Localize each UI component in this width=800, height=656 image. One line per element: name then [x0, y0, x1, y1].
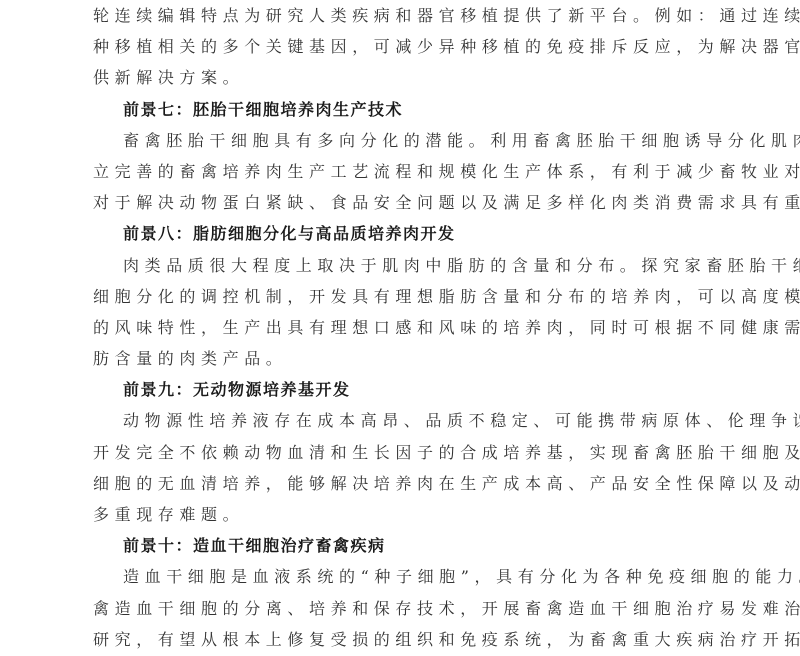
paragraph-line: 多重现存难题。 [93, 499, 705, 530]
paragraph-line: 禽造血干细胞的分离、培养和保存技术，开展畜禽造血干细胞治疗易发难治疾病的治疗 [93, 593, 705, 624]
paragraph-line: 研究，有望从根本上修复受损的组织和免疫系统，为畜禽重大疾病治疗开拓新途径。 [93, 624, 705, 655]
section-heading-8: 前景八：脂肪细胞分化与高品质培养肉开发 [93, 218, 705, 249]
paragraph-line: 种移植相关的多个关键基因，可减少异种移植的免疫排斥反应，为解决器官短缺问题提 [93, 31, 705, 62]
paragraph-line: 肪含量的肉类产品。 [93, 343, 705, 374]
section-heading-7: 前景七：胚胎干细胞培养肉生产技术 [93, 94, 705, 125]
paragraph-line: 畜禽胚胎干细胞具有多向分化的潜能。利用畜禽胚胎干细胞诱导分化肌肉组织，建 [93, 125, 705, 156]
paragraph-line: 肉类品质很大程度上取决于肌肉中脂肪的含量和分布。探究家畜胚胎干细胞向脂肪 [93, 250, 705, 281]
paragraph-line: 的风味特性，生产出具有理想口感和风味的培养肉，同时可根据不同健康需求定制低脂 [93, 312, 705, 343]
paragraph-line: 造血干细胞是血液系统的“种子细胞”，具有分化为各种免疫细胞的能力。优化畜 [93, 561, 705, 592]
paragraph-line: 供新解决方案。 [93, 62, 705, 93]
paragraph-line: 细胞分化的调控机制，开发具有理想脂肪含量和分布的培养肉，可以高度模拟高品质肉 [93, 281, 705, 312]
section-heading-10: 前景十：造血干细胞治疗畜禽疾病 [93, 530, 705, 561]
paragraph-line: 开发完全不依赖动物血清和生长因子的合成培养基，实现畜禽胚胎干细胞及其诱导分化 [93, 437, 705, 468]
paragraph-line: 对于解决动物蛋白紧缺、食品安全问题以及满足多样化肉类消费需求具有重大的意义。 [93, 187, 705, 218]
document-page: 轮连续编辑特点为研究人类疾病和器官移植提供了新平台。例如：通过连续精准编辑异 种… [93, 0, 705, 655]
paragraph-line: 立完善的畜禽培养肉生产工艺流程和规模化生产体系，有利于减少畜牧业对环境的影响， [93, 156, 705, 187]
paragraph-line: 细胞的无血清培养，能够解决培养肉在生产成本高、产品安全性保障以及动物依赖性等 [93, 468, 705, 499]
section-heading-9: 前景九：无动物源培养基开发 [93, 374, 705, 405]
paragraph-line: 轮连续编辑特点为研究人类疾病和器官移植提供了新平台。例如：通过连续精准编辑异 [93, 0, 705, 31]
paragraph-line: 动物源性培养液存在成本高昂、品质不稳定、可能携带病原体、伦理争议等问题。 [93, 405, 705, 436]
